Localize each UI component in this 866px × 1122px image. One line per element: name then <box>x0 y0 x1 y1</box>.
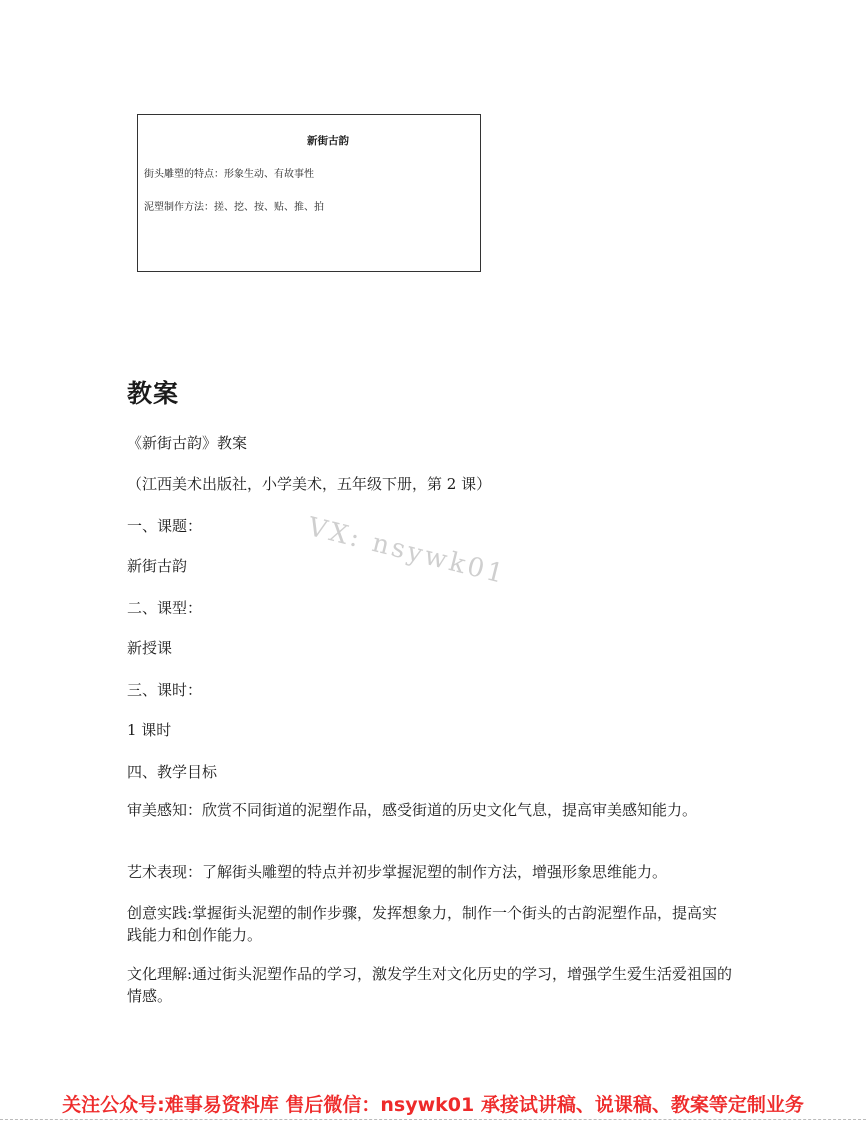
footer-banner: 关注公众号:难事易资料库 售后微信：nsywk01 承接试讲稿、说课稿、教案等定… <box>0 1090 866 1122</box>
lesson-title: 《新街古韵》教案 <box>127 432 747 454</box>
section-heading: 一、课题： <box>127 515 747 537</box>
page-heading: 教案 <box>127 374 179 410</box>
publisher-info: （江西美术出版社，小学美术，五年级下册，第 2 课） <box>127 473 747 495</box>
board-line: 泥塑制作方法：搓、挖、按、贴、推、拍 <box>144 198 324 213</box>
section-heading: 四、教学目标 <box>127 761 747 783</box>
section-heading: 三、课时： <box>127 679 747 701</box>
objective-paragraph: 艺术表现：了解街头雕塑的特点并初步掌握泥塑的制作方法，增强形象思维能力。 <box>127 861 747 883</box>
footer-divider <box>0 1119 866 1120</box>
section-text: 1 课时 <box>127 719 747 741</box>
section-heading: 二、课型： <box>127 597 747 619</box>
objective-paragraph: 创意实践:掌握街头泥塑的制作步骤，发挥想象力，制作一个街头的古韵泥塑作品，提高实… <box>127 902 727 946</box>
board-line: 街头雕塑的特点：形象生动、有故事性 <box>144 165 314 180</box>
section-text: 新授课 <box>127 637 747 659</box>
blackboard-design-box: 新街古韵 街头雕塑的特点：形象生动、有故事性 泥塑制作方法：搓、挖、按、贴、推、… <box>137 114 481 272</box>
board-title: 新街古韵 <box>138 133 480 148</box>
objective-paragraph: 审美感知：欣赏不同街道的泥塑作品，感受街道的历史文化气息，提高审美感知能力。 <box>127 799 747 821</box>
objective-paragraph: 文化理解:通过街头泥塑作品的学习，激发学生对文化历史的学习，增强学生爱生活爱祖国… <box>127 963 737 1007</box>
